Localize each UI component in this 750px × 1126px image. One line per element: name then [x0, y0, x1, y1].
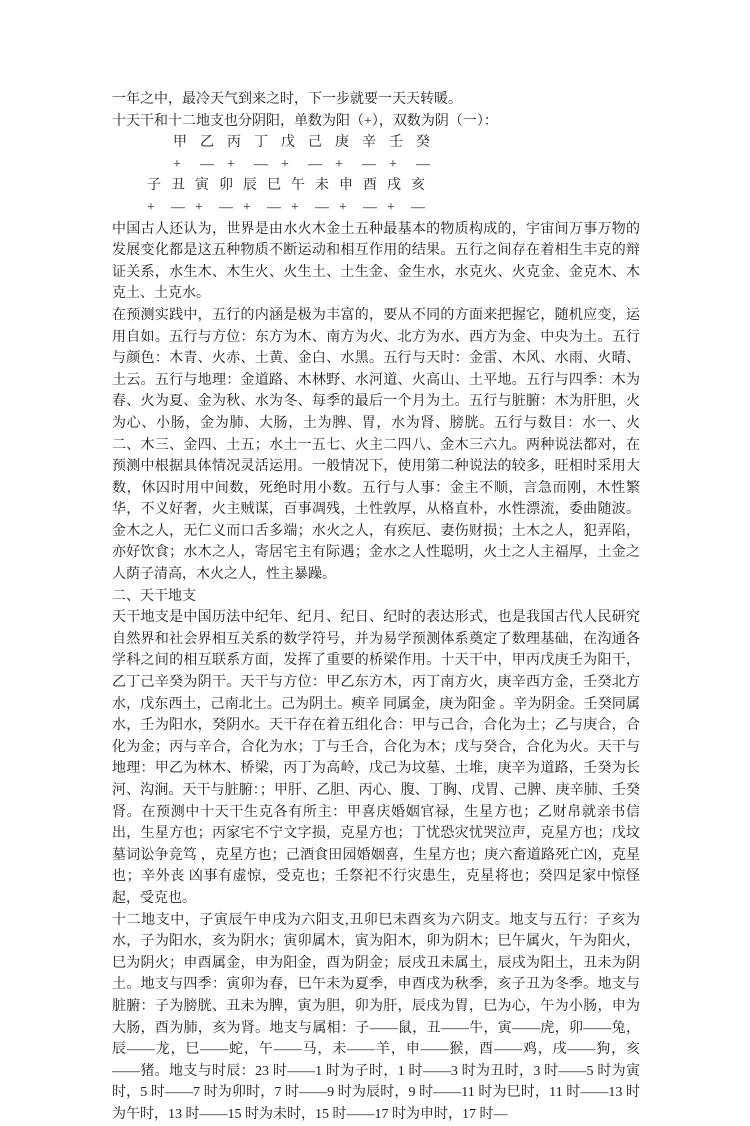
heavenly-stem: 癸 [416, 132, 443, 154]
section-heading-tiangan-dizhi: 二、天干地支 [112, 586, 640, 608]
stem-yinyang-sign: — [416, 154, 443, 176]
branch-yinyang-sign: + [339, 197, 363, 219]
earthly-branch: 丑 [171, 175, 195, 197]
branch-yinyang-sign: — [219, 197, 243, 219]
heavenly-stem: 丙 [227, 132, 254, 154]
heavenly-stem: 辛 [362, 132, 389, 154]
earthly-branch: 未 [315, 175, 339, 197]
earthly-branches-signs-row: +—+—+—+—+—+— [112, 197, 640, 219]
paragraph-dizhi: 十二地支中，子寅辰午申戌为六阳支,丑卯巳未酉亥为六阴支。地支与五行：子亥为水，子… [112, 910, 640, 1061]
earthly-branch: 卯 [219, 175, 243, 197]
earthly-branches-row: 子丑寅卯辰巳午未申酉戌亥 [112, 175, 640, 197]
branch-yinyang-sign: + [195, 197, 219, 219]
paragraph-wuxing-categories: 在预测实践中，五行的内涵是极为丰富的，要从不同的方面来把握它，随机应变，运用自如… [112, 305, 640, 586]
stem-yinyang-sign: + [173, 154, 200, 176]
branch-yinyang-sign: + [387, 197, 411, 219]
paragraph-wuxing-shengke: 中国古人还认为，世界是由水火木金土五种最基本的物质构成的，宇宙间万事万物的发展变… [112, 219, 640, 305]
earthly-branch: 寅 [195, 175, 219, 197]
stem-yinyang-sign: — [308, 154, 335, 176]
heavenly-stem: 己 [308, 132, 335, 154]
paragraph-weather: 一年之中，最冷天气到来之时，下一步就要一天天转暖。 [112, 89, 640, 111]
stem-yinyang-sign: + [335, 154, 362, 176]
earthly-branch: 亥 [411, 175, 435, 197]
heavenly-stem: 丁 [254, 132, 281, 154]
stem-yinyang-sign: + [389, 154, 416, 176]
stems-branches-table: 甲乙丙丁戊己庚辛壬癸 +—+—+—+—+— 子丑寅卯辰巳午未申酉戌亥 +—+—+… [112, 132, 640, 218]
stem-yinyang-sign: + [281, 154, 308, 176]
branch-yinyang-sign: — [411, 197, 435, 219]
branch-yinyang-sign: + [291, 197, 315, 219]
heavenly-stems-signs-row: +—+—+—+—+— [112, 154, 640, 176]
heavenly-stem: 庚 [335, 132, 362, 154]
earthly-branch: 子 [147, 175, 171, 197]
stem-yinyang-sign: — [200, 154, 227, 176]
heavenly-stem: 戊 [281, 132, 308, 154]
heavenly-stem: 甲 [173, 132, 200, 154]
paragraph-tiangan: 天干地支是中国历法中纪年、纪月、纪日、纪时的表达形式，也是我国古代人民研究自然界… [112, 607, 640, 909]
earthly-branch: 午 [291, 175, 315, 197]
branch-yinyang-sign: + [147, 197, 171, 219]
paragraph-ganzhi-intro: 十天干和十二地支也分阴阳，单数为阳（+），双数为阴（一）： [112, 111, 640, 133]
stem-yinyang-sign: — [254, 154, 281, 176]
stem-yinyang-sign: — [362, 154, 389, 176]
earthly-branch: 辰 [243, 175, 267, 197]
branch-yinyang-sign: — [267, 197, 291, 219]
earthly-branch: 戌 [387, 175, 411, 197]
branch-yinyang-sign: — [171, 197, 195, 219]
stem-yinyang-sign: + [227, 154, 254, 176]
earthly-branch: 酉 [363, 175, 387, 197]
branch-yinyang-sign: — [315, 197, 339, 219]
earthly-branch: 巳 [267, 175, 291, 197]
earthly-branch: 申 [339, 175, 363, 197]
document-page: 一年之中，最冷天气到来之时，下一步就要一天天转暖。 十天干和十二地支也分阴阳，单… [112, 89, 640, 1061]
heavenly-stems-row: 甲乙丙丁戊己庚辛壬癸 [112, 132, 640, 154]
heavenly-stem: 壬 [389, 132, 416, 154]
branch-yinyang-sign: + [243, 197, 267, 219]
heavenly-stem: 乙 [200, 132, 227, 154]
branch-yinyang-sign: — [363, 197, 387, 219]
